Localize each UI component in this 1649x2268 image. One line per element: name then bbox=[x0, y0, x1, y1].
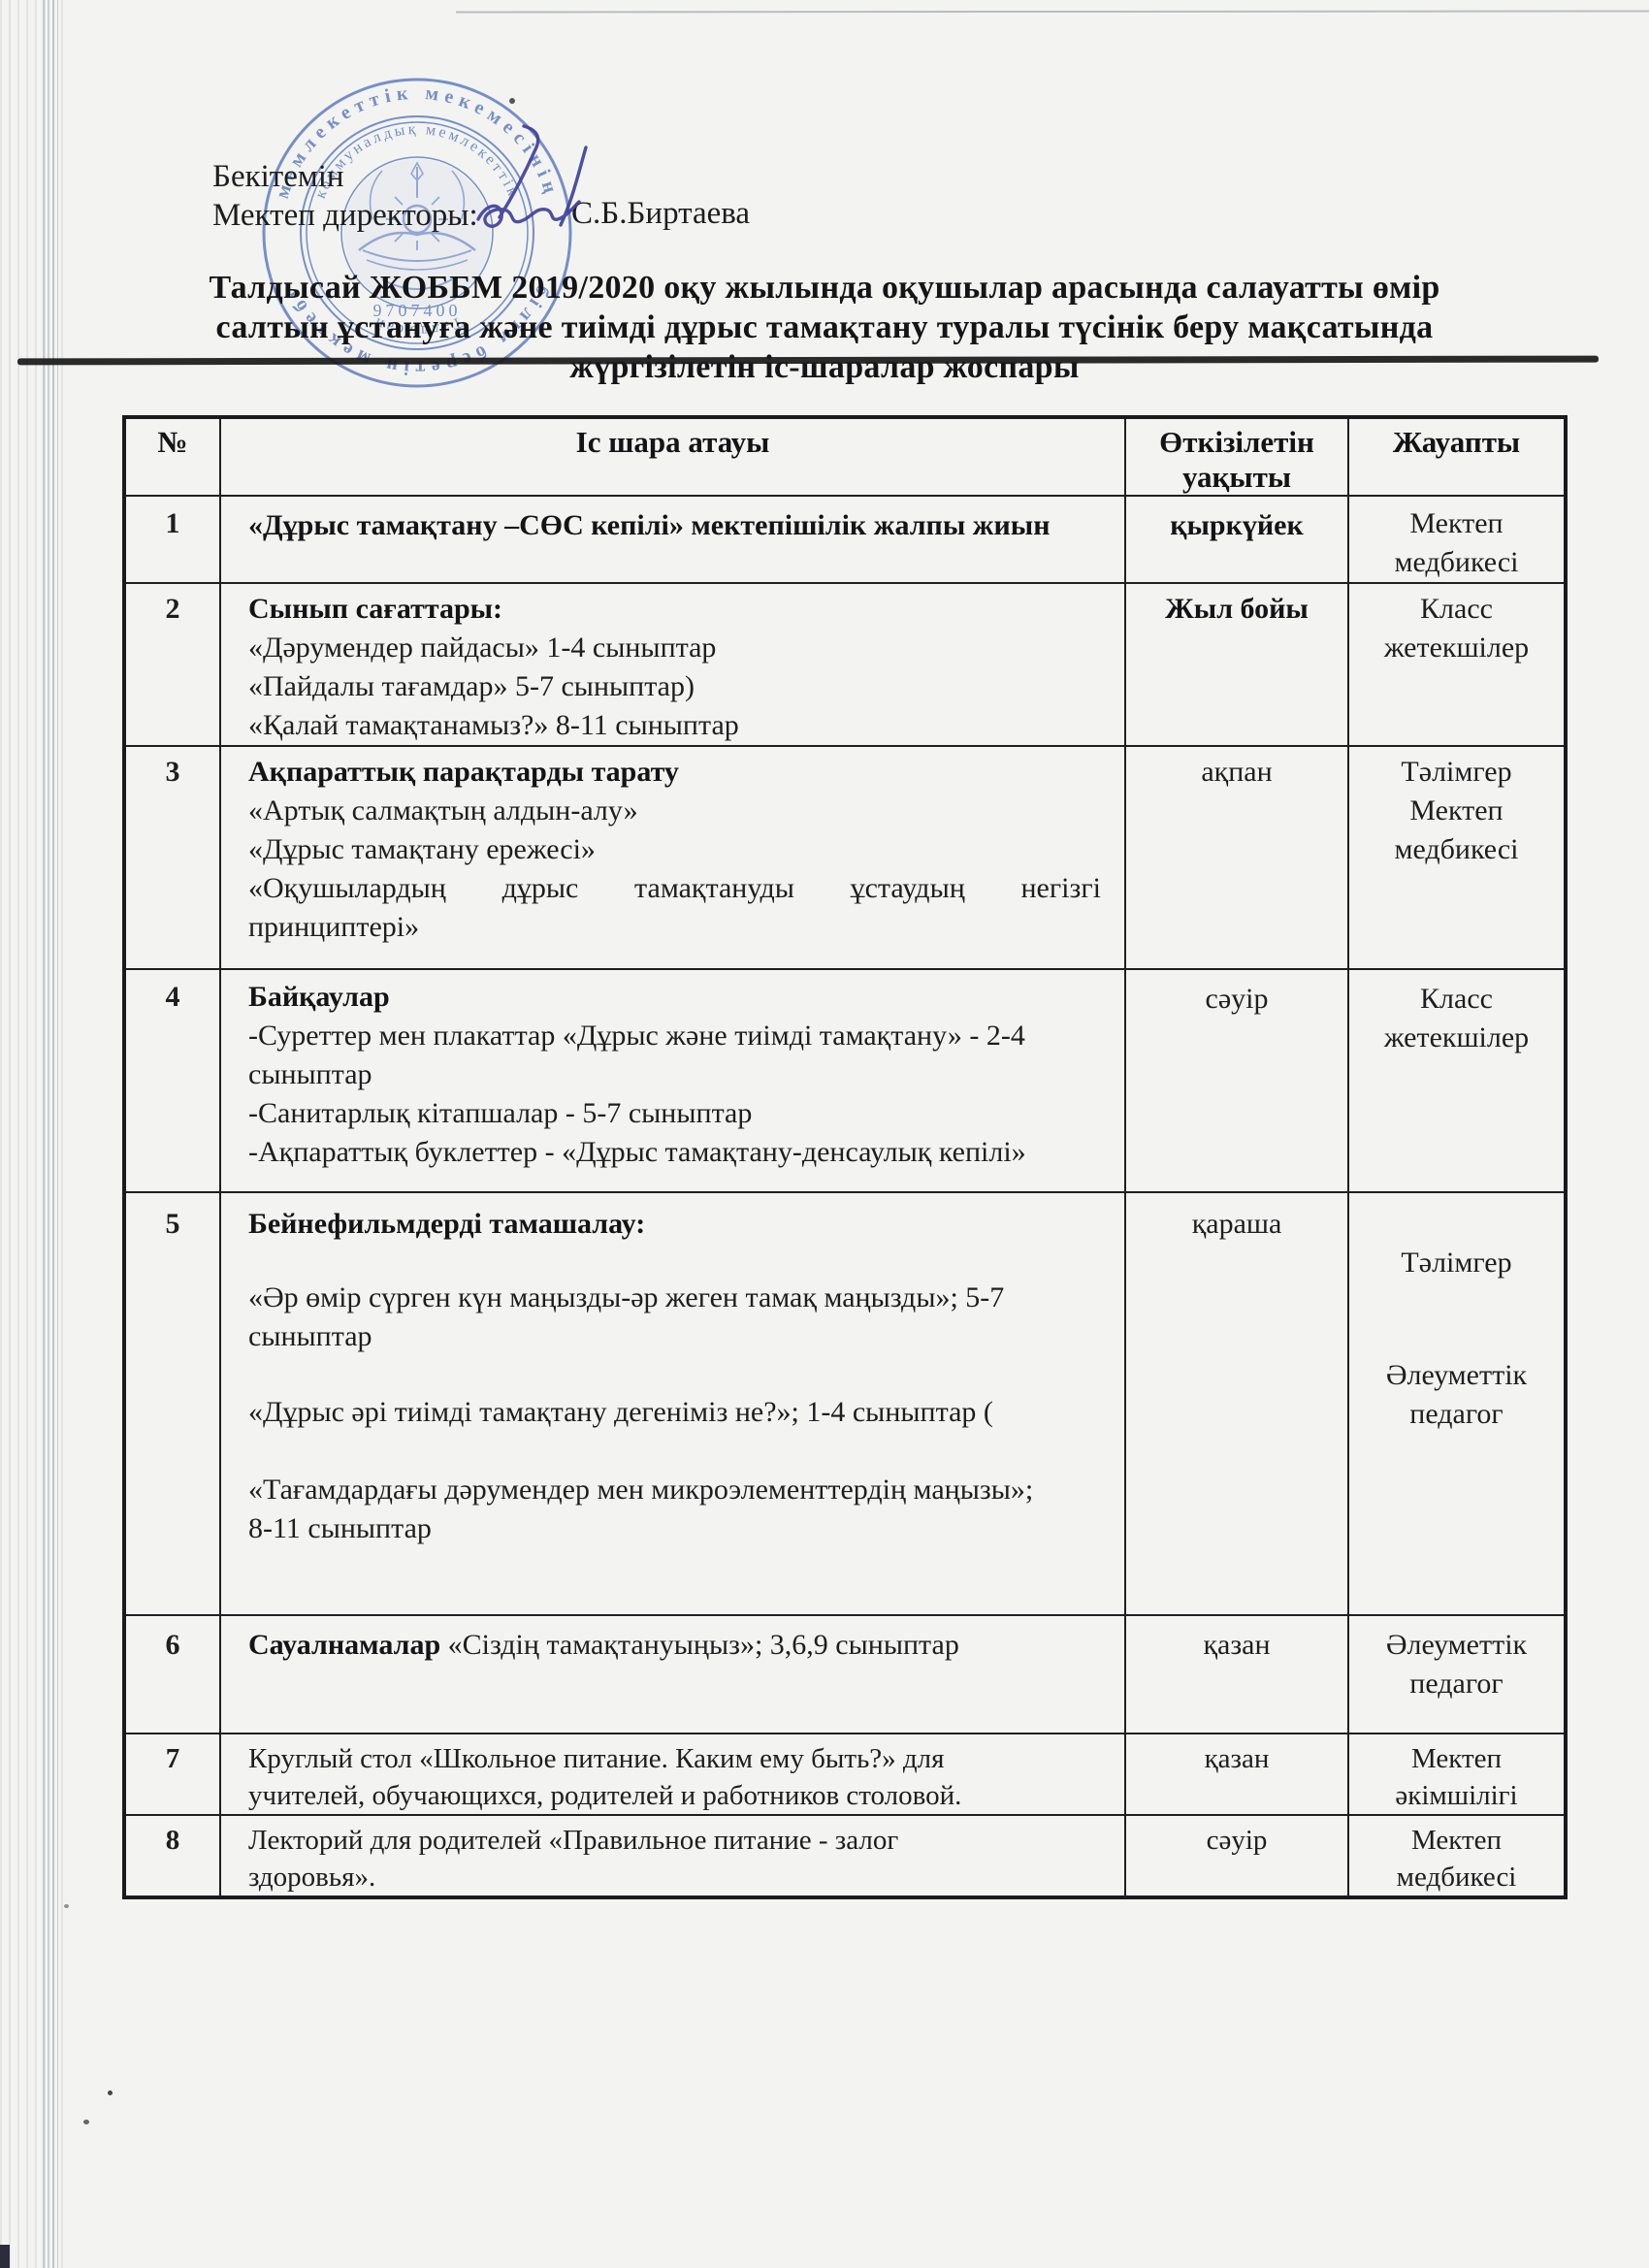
activity-line: «Қалай тамақтанамыз?» 8-11 сыныптар bbox=[248, 706, 1115, 745]
activity-line: учителей, обучающихся, родителей и работ… bbox=[248, 1777, 1115, 1814]
activity-line: «Дұрыс әрі тиімді тамақтану дегеніміз не… bbox=[248, 1393, 1115, 1432]
row-num: 2 bbox=[124, 583, 220, 746]
title-line-2: салтын ұстануға және тиімді дұрыс тамақт… bbox=[0, 308, 1649, 347]
activity-line: -Санитарлық кітапшалар - 5-7 сыныптар bbox=[248, 1094, 1115, 1133]
table-row: 6 Сауалнамалар «Сіздің тамақтануыңыз»; 3… bbox=[124, 1615, 1566, 1733]
row-time: сәуір bbox=[1125, 969, 1348, 1192]
header-time: Өткізілетін уақыты bbox=[1125, 417, 1348, 496]
row-time: қазан bbox=[1125, 1615, 1348, 1733]
activity-line: «Оқушылардың дұрыс тамақтануды ұстаудың … bbox=[248, 869, 1115, 908]
row-num: 5 bbox=[124, 1192, 220, 1615]
header-num: № bbox=[124, 417, 220, 496]
row-num: 7 bbox=[124, 1733, 220, 1815]
activity-line: сыныптар bbox=[248, 1317, 1115, 1356]
scanned-document-page: мемлекеттік мекемесінің білім беретін ме… bbox=[0, 0, 1649, 2268]
activity-line: 8-11 сыныптар bbox=[248, 1509, 1115, 1548]
row-activity: Ақпараттық парақтарды тарату «Артық салм… bbox=[220, 746, 1125, 969]
row-responsible: Тәлімгер Мектеп медбикесі bbox=[1348, 746, 1566, 969]
activity-line: принциптері» bbox=[248, 908, 1115, 947]
scan-speck bbox=[83, 2120, 89, 2124]
signature-ink bbox=[464, 116, 638, 247]
row-time: ақпан bbox=[1125, 746, 1348, 969]
activity-line: здоровья». bbox=[248, 1859, 1115, 1895]
activity-line: Лекторий для родителей «Правильное питан… bbox=[248, 1822, 1115, 1859]
row-activity: Байқаулар -Суреттер мен плакаттар «Дұрыс… bbox=[220, 969, 1125, 1192]
row-time: сәуір bbox=[1125, 1815, 1348, 1897]
activity-line: «Әр өмір сүрген күн маңызды-әр жеген там… bbox=[248, 1279, 1115, 1317]
table-row: 4 Байқаулар -Суреттер мен плакаттар «Дұр… bbox=[124, 969, 1566, 1192]
table-row: 2 Сынып сағаттары: «Дәрумендер пайдасы» … bbox=[124, 583, 1566, 746]
activity-line: Круглый стол «Школьное питание. Каким ем… bbox=[248, 1740, 1115, 1777]
activity-line: -Суреттер мен плакаттар «Дұрыс және тиім… bbox=[248, 1017, 1115, 1055]
row-num: 8 bbox=[124, 1815, 220, 1897]
header-activity: Іс шара атауы bbox=[220, 417, 1125, 496]
activity-line: Бейнефильмдерді тамашалау: bbox=[248, 1205, 1115, 1244]
row-responsible: Класс жетекшілер bbox=[1348, 583, 1566, 746]
table-row: 5 Бейнефильмдерді тамашалау: «Әр өмір сү… bbox=[124, 1192, 1566, 1615]
table-header-row: № Іс шара атауы Өткізілетін уақыты Жауап… bbox=[124, 417, 1566, 496]
title-line-3: жүргізілетін іс-шаралар жоспары bbox=[0, 347, 1649, 387]
row-responsible: Мектеп медбикесі bbox=[1348, 1815, 1566, 1897]
header-responsible: Жауапты bbox=[1348, 417, 1566, 496]
activity-line: сыныптар bbox=[248, 1055, 1115, 1094]
activity-line: «Тағамдардағы дәрумендер мен микроэлемен… bbox=[248, 1471, 1115, 1509]
row-num: 6 bbox=[124, 1615, 220, 1733]
row-num: 1 bbox=[124, 496, 220, 583]
responsible-top: Тәлімгер bbox=[1349, 1244, 1564, 1282]
scan-top-edge-line bbox=[456, 10, 1649, 13]
row-activity: Круглый стол «Школьное питание. Каким ем… bbox=[220, 1733, 1125, 1815]
row-activity: «Дұрыс тамақтану –СӨС кепілі» мектепішіл… bbox=[220, 496, 1125, 583]
row-time: қараша bbox=[1125, 1192, 1348, 1615]
row-activity: Лекторий для родителей «Правильное питан… bbox=[220, 1815, 1125, 1897]
activity-bold-part: Сауалнамалар bbox=[248, 1629, 440, 1661]
row-num: 4 bbox=[124, 969, 220, 1192]
activity-line: «Дұрыс тамақтану ережесі» bbox=[248, 830, 1115, 869]
row-activity: Сынып сағаттары: «Дәрумендер пайдасы» 1-… bbox=[220, 583, 1125, 746]
table-row: 1 «Дұрыс тамақтану –СӨС кепілі» мектепіш… bbox=[124, 496, 1566, 583]
activity-line: «Дәрумендер пайдасы» 1-4 сыныптар bbox=[248, 629, 1115, 667]
action-plan-table: № Іс шара атауы Өткізілетін уақыты Жауап… bbox=[122, 415, 1568, 1899]
activity-line: Сауалнамалар «Сіздің тамақтануыңыз»; 3,6… bbox=[248, 1626, 1115, 1665]
activity-line: Ақпараттық парақтарды тарату bbox=[248, 753, 1115, 792]
row-time: Жыл бойы bbox=[1125, 583, 1348, 746]
activity-line: -Ақпараттық буклеттер - «Дұрыс тамақтану… bbox=[248, 1133, 1115, 1172]
table-row: 3 Ақпараттық парақтарды тарату «Артық са… bbox=[124, 746, 1566, 969]
approval-director-label: Мектеп директоры: bbox=[212, 196, 478, 235]
approval-word: Бекітемін bbox=[212, 157, 344, 196]
responsible-bottom: Әлеуметтік педагог bbox=[1349, 1356, 1564, 1434]
row-time: қыркүйек bbox=[1125, 496, 1348, 583]
activity-line: «Артық салмақтың алдын-алу» bbox=[248, 792, 1115, 830]
row-responsible: Мектеп әкімшілігі bbox=[1348, 1733, 1566, 1815]
row-activity: Бейнефильмдерді тамашалау: «Әр өмір сүрг… bbox=[220, 1192, 1125, 1615]
row-activity: Сауалнамалар «Сіздің тамақтануыңыз»; 3,6… bbox=[220, 1615, 1125, 1733]
scan-speck bbox=[64, 1904, 69, 1908]
row-responsible: Тәлімгер Әлеуметтік педагог bbox=[1348, 1192, 1566, 1615]
row-responsible: Класс жетекшілер bbox=[1348, 969, 1566, 1192]
activity-line: «Пайдалы тағамдар» 5-7 сыныптар) bbox=[248, 667, 1115, 706]
table-row: 7 Круглый стол «Школьное питание. Каким … bbox=[124, 1733, 1566, 1815]
scan-corner-mark bbox=[0, 2245, 10, 2268]
row-num: 3 bbox=[124, 746, 220, 969]
activity-line: «Дұрыс тамақтану –СӨС кепілі» мектепішіл… bbox=[248, 506, 1115, 545]
document-title: Талдысай ЖОББМ 2019/2020 оқу жылында оқу… bbox=[0, 268, 1649, 387]
title-line-1: Талдысай ЖОББМ 2019/2020 оқу жылында оқу… bbox=[0, 268, 1649, 308]
table-row: 8 Лекторий для родителей «Правильное пит… bbox=[124, 1815, 1566, 1897]
activity-rest-part: «Сіздің тамақтануыңыз»; 3,6,9 сыныптар bbox=[440, 1629, 959, 1661]
activity-line: Байқаулар bbox=[248, 978, 1115, 1017]
row-time: қазан bbox=[1125, 1733, 1348, 1815]
row-responsible: Әлеуметтік педагог bbox=[1348, 1615, 1566, 1733]
row-responsible: Мектеп медбикесі bbox=[1348, 496, 1566, 583]
scan-speck bbox=[108, 2090, 113, 2095]
activity-line: Сынып сағаттары: bbox=[248, 590, 1115, 629]
